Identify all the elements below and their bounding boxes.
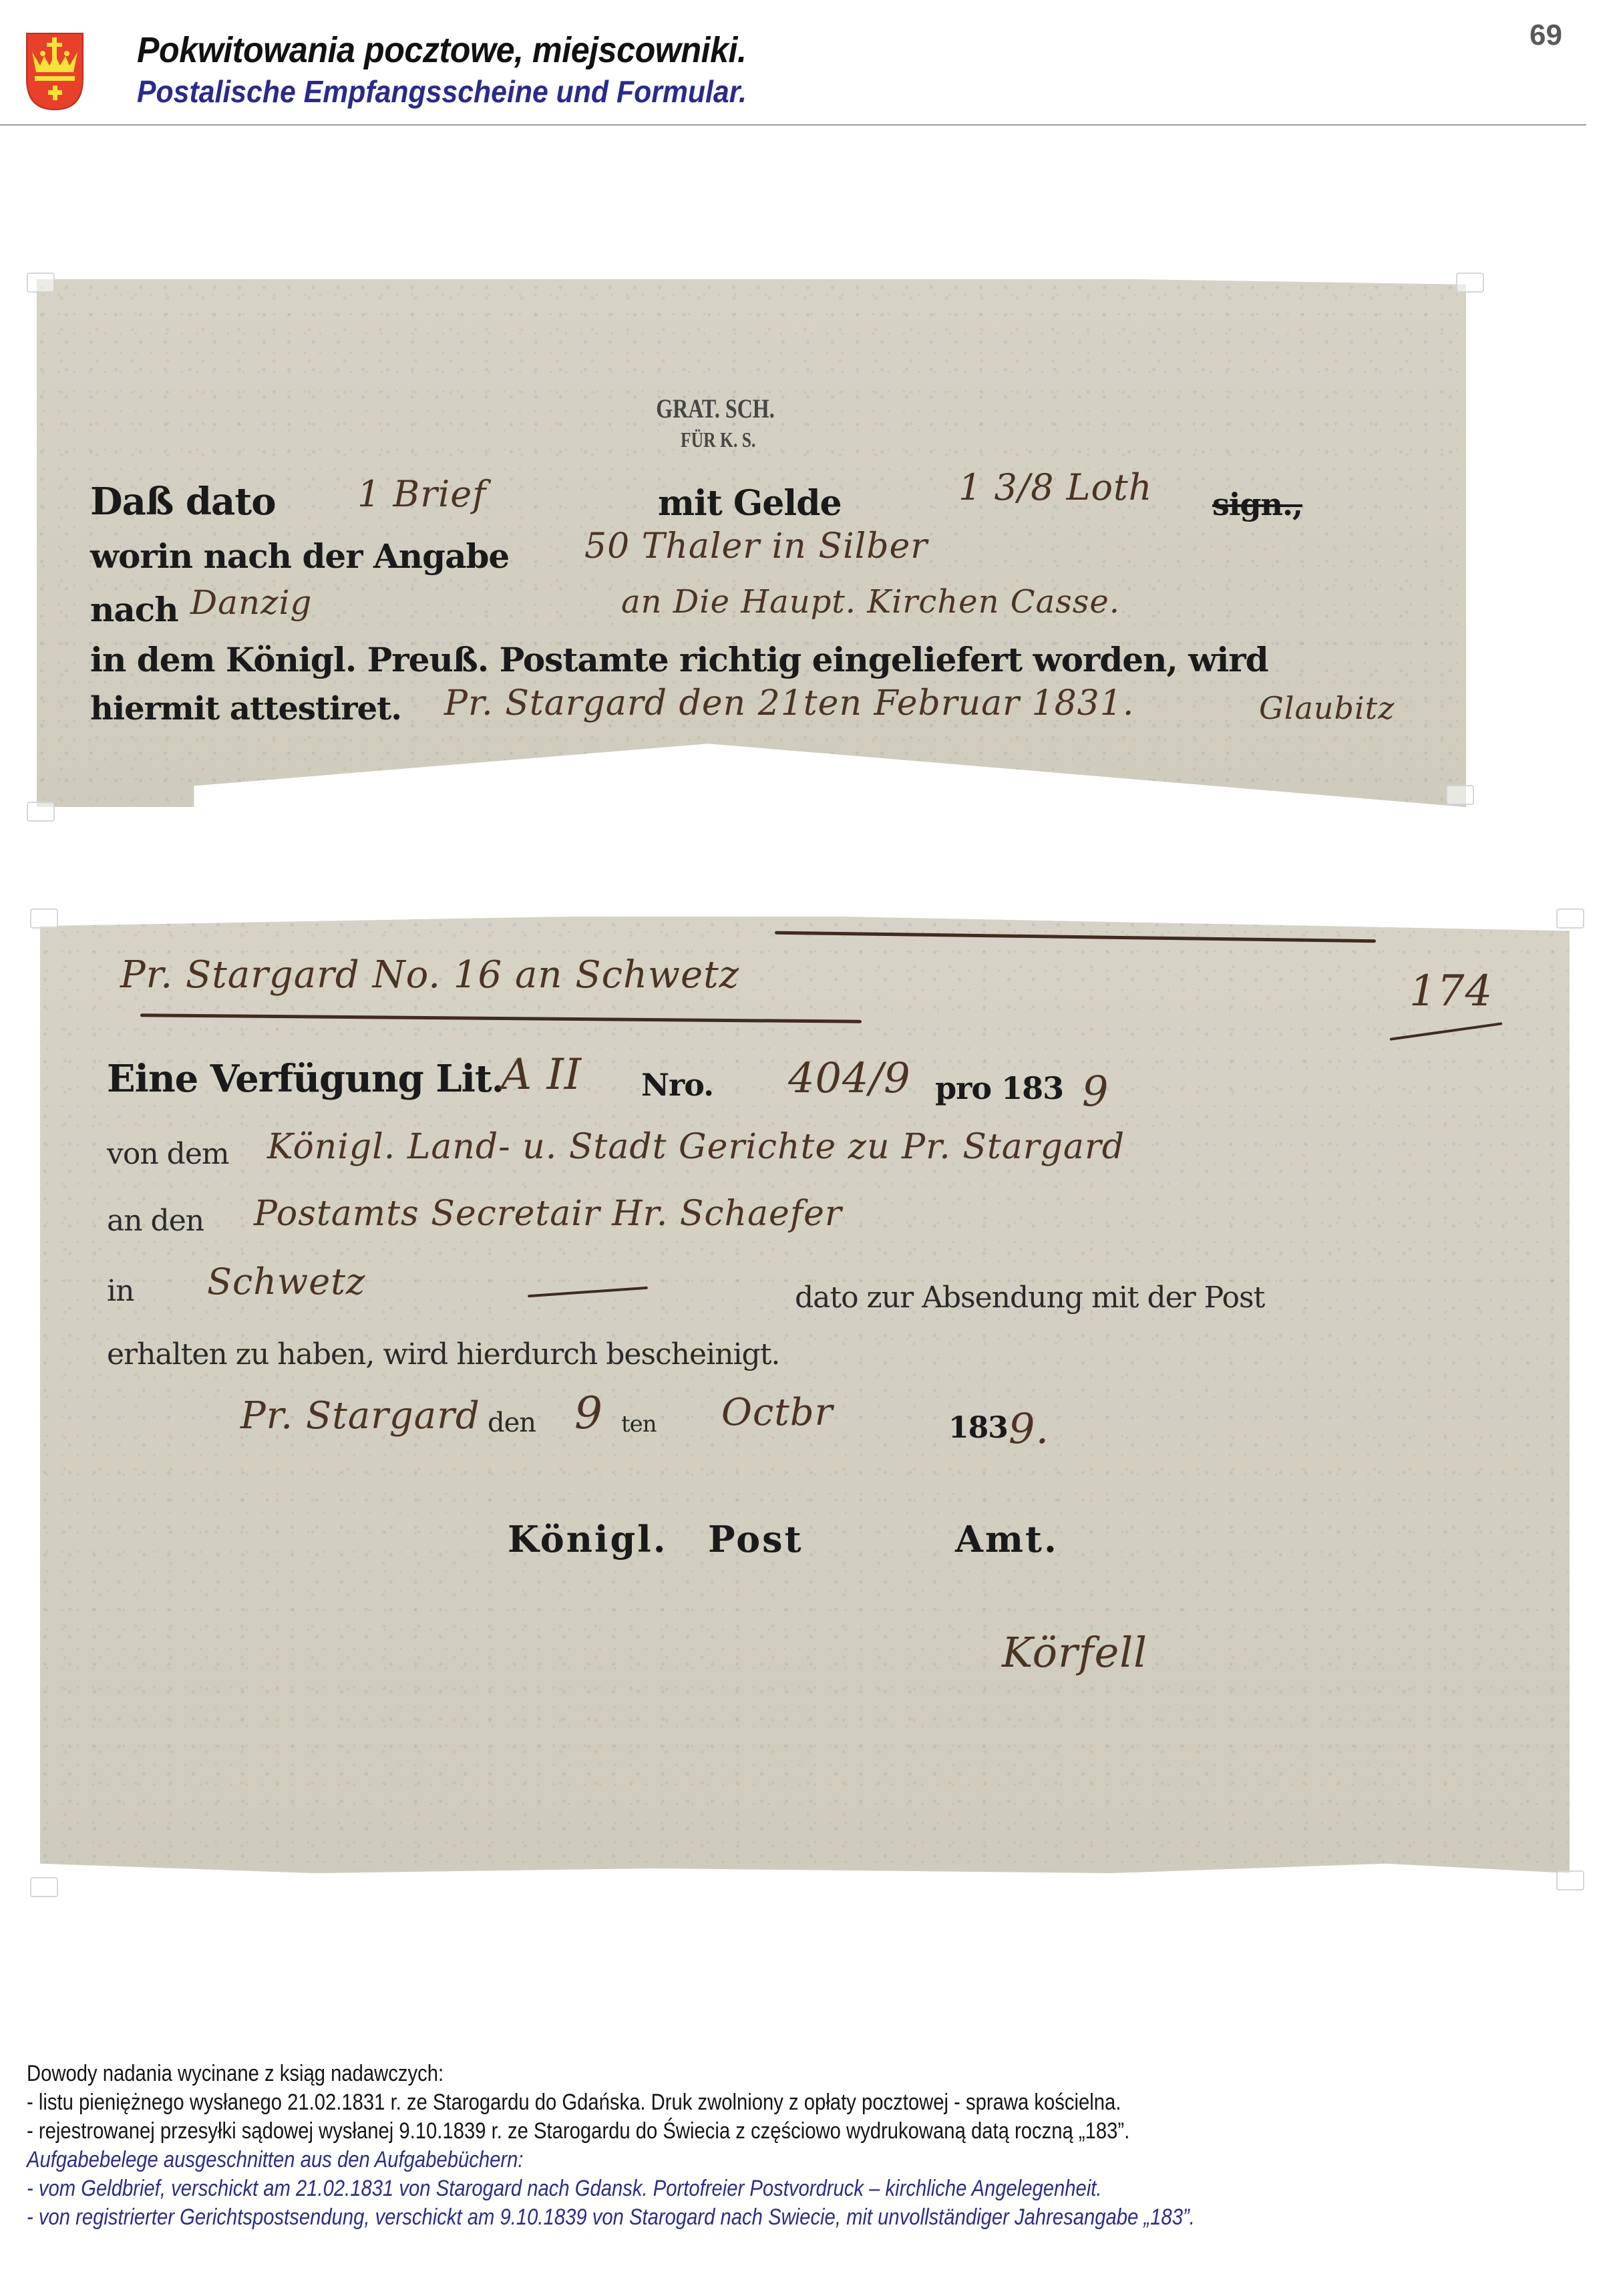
gratis-stamp-line-2: FÜR K. S.: [681, 428, 755, 452]
ink-stroke: [775, 931, 1376, 943]
caption-polish-item: - rejestrowanej przesyłki sądowej wysłan…: [27, 2118, 1129, 2144]
mount-corner: [1456, 273, 1484, 293]
mount-corner: [1556, 1870, 1584, 1891]
gratis-stamp-line-1: GRAT. SCH.: [656, 393, 775, 424]
printed-text: ten: [621, 1411, 657, 1438]
handwritten-signature: Körfell: [1002, 1628, 1147, 1677]
printed-text: nach: [90, 590, 178, 629]
caption-german-item: - vom Geldbrief, verschickt am 21.02.183…: [27, 2176, 1102, 2202]
handwritten-lit: A II: [501, 1050, 582, 1100]
printed-text: Daß dato: [90, 480, 276, 524]
printed-text: den: [488, 1408, 536, 1438]
gdansk-coat-of-arms-icon: [25, 32, 84, 111]
printed-text: Eine Verfügung Lit.: [107, 1057, 504, 1101]
ink-underline: [140, 1013, 862, 1023]
caption-german-heading: Aufgabebelege ausgeschnitten aus den Auf…: [27, 2147, 524, 2173]
printed-text: erhalten zu haben, wird hierdurch besche…: [107, 1337, 779, 1371]
receipt-1839: Pr. Stargard No. 16 an Schwetz 174 Eine …: [40, 917, 1570, 1873]
page-header: Pokwitowania pocztowe, miejscowniki. Pos…: [0, 0, 1609, 130]
mount-corner: [30, 909, 58, 929]
printed-text: in: [107, 1274, 134, 1308]
caption-polish-item: - listu pieniężnego wysłanego 21.02.1831…: [27, 2090, 1121, 2116]
mount-corner: [27, 802, 55, 822]
handwritten-year-digit: 9: [1082, 1067, 1109, 1116]
printed-text: 183: [948, 1411, 1008, 1445]
handwritten-destination: Danzig: [190, 583, 312, 622]
caption-polish-heading: Dowody nadania wycinane z ksiąg nadawczy…: [27, 2061, 443, 2087]
ink-underline: [1390, 1022, 1503, 1041]
header-divider: [0, 124, 1586, 126]
handwritten-value: 50 Thaler in Silber: [584, 526, 928, 566]
caption-german-item: - von registrierter Gerichtspostsendung,…: [27, 2204, 1195, 2231]
handwritten-sender: Königl. Land- u. Stadt Gerichte zu Pr. S…: [267, 1127, 1125, 1167]
printed-text: Post: [708, 1518, 803, 1561]
handwritten-recipient: an Die Haupt. Kirchen Casse.: [621, 583, 1120, 621]
page-title-german: Postalische Empfangsscheine und Formular…: [137, 73, 747, 110]
page-title-polish: Pokwitowania pocztowe, miejscowniki.: [137, 29, 747, 71]
receipt-1831: GRAT. SCH. FÜR K. S. Daß dato 1 Brief mi…: [37, 279, 1466, 807]
handwritten-number: 404/9: [788, 1053, 911, 1102]
printed-text: hiermit attestiret.: [90, 690, 401, 727]
handwritten-date: Pr. Stargard den 21ten Februar 1831.: [444, 683, 1134, 723]
handwritten-header-note: Pr. Stargard No. 16 an Schwetz: [120, 953, 739, 997]
mount-corner: [1556, 909, 1584, 929]
printed-text: pro 183: [935, 1070, 1063, 1106]
handwritten-item: 1 Brief: [357, 473, 486, 515]
printed-text: dato zur Absendung mit der Post: [795, 1281, 1264, 1315]
printed-text: mit Gelde: [658, 483, 842, 524]
mount-corner: [1446, 785, 1474, 805]
page-number: 69: [1530, 19, 1562, 52]
ink-dash: [528, 1287, 648, 1298]
handwritten-date-day: 9: [574, 1387, 603, 1439]
printed-text: Nro.: [641, 1067, 713, 1103]
printed-text: an den: [107, 1204, 204, 1238]
mount-corner: [27, 273, 55, 293]
printed-text: worin nach der Angabe: [90, 536, 509, 576]
handwritten-date-year-digit: 9.: [1009, 1404, 1049, 1453]
printed-text: Königl.: [508, 1518, 668, 1561]
printed-text: Amt.: [955, 1518, 1059, 1561]
handwritten-place: Schwetz: [207, 1261, 365, 1303]
handwritten-weight: 1 3/8 Loth: [958, 466, 1152, 508]
handwritten-signature: Glaubitz: [1259, 690, 1395, 726]
printed-text: von dem: [107, 1137, 229, 1171]
printed-text-struck: sign.,: [1212, 486, 1302, 522]
handwritten-ref-number: 174: [1409, 967, 1493, 1016]
handwritten-date-month: Octbr: [721, 1391, 833, 1434]
mount-corner: [30, 1877, 58, 1897]
printed-text: in dem Königl. Preuß. Postamte richtig e…: [90, 640, 1268, 679]
handwritten-addressee: Postamts Secretair Hr. Schaefer: [254, 1194, 842, 1234]
handwritten-date-place: Pr. Stargard: [240, 1394, 480, 1438]
